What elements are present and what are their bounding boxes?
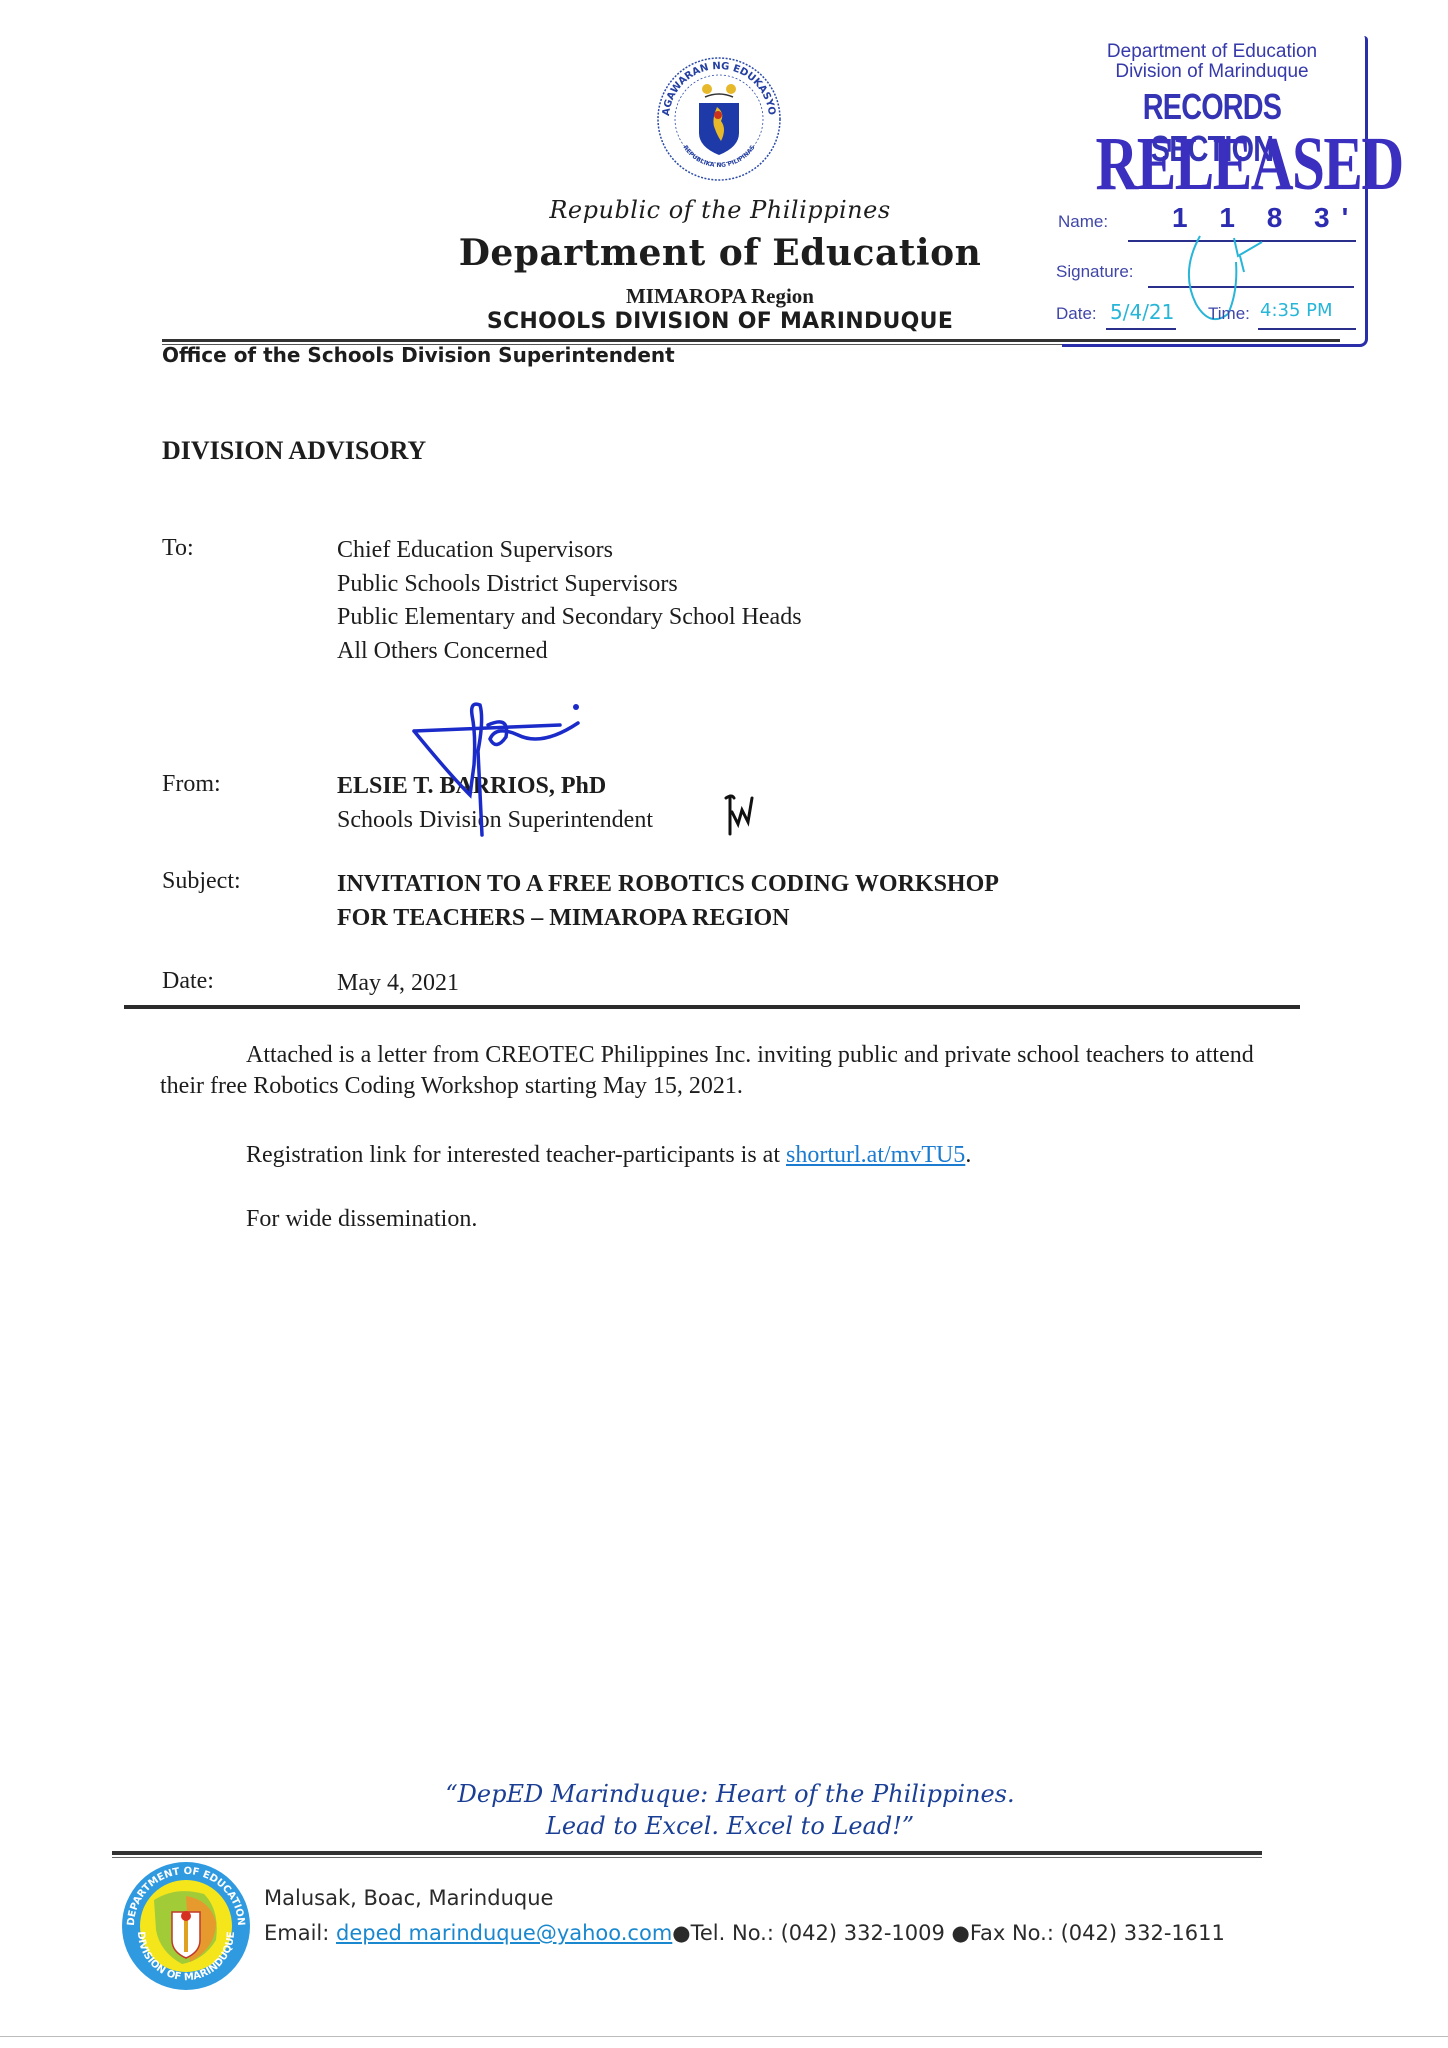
subject-block: INVITATION TO A FREE ROBOTICS CODING WOR…: [337, 868, 999, 935]
footer-address: Malusak, Boac, Marinduque: [264, 1886, 553, 1910]
stamp-date-line: [1106, 328, 1176, 330]
region-heading: MIMAROPA Region: [310, 284, 1130, 309]
memo-divider: [124, 1005, 1300, 1009]
stamp-name-label: Name:: [1058, 212, 1108, 232]
subject-line1: INVITATION TO A FREE ROBOTICS CODING WOR…: [337, 868, 999, 902]
registration-link[interactable]: shorturl.at/mvTU5: [786, 1142, 965, 1168]
date-value: May 4, 2021: [337, 967, 459, 1001]
stamp-time-line: [1258, 328, 1356, 330]
date-label: Date:: [162, 968, 214, 995]
stamp-org: Department of Education Division of Mari…: [1062, 42, 1362, 82]
stamp-time-label: Time:: [1208, 304, 1250, 324]
republic-heading: Republic of the Philippines: [310, 196, 1130, 224]
advisory-title: DIVISION ADVISORY: [162, 436, 426, 466]
office-heading: Office of the Schools Division Superinte…: [162, 343, 675, 367]
registration-text: Registration link for interested teacher…: [246, 1142, 786, 1168]
registration-period: .: [965, 1142, 971, 1168]
recipients-list: Chief Education Supervisors Public Schoo…: [337, 534, 802, 668]
stamp-line2: Division of Marinduque: [1062, 62, 1362, 82]
stamp-line1: Department of Education: [1062, 42, 1362, 62]
motto-line-1: “DepED Marinduque: Heart of the Philippi…: [300, 1780, 1160, 1808]
signature-icon: [400, 695, 600, 845]
body-paragraph-3: For wide dissemination.: [246, 1204, 1386, 1235]
subject-line2: FOR TEACHERS – MIMAROPA REGION: [337, 902, 999, 936]
stamp-date-label: Date:: [1056, 304, 1097, 324]
email-link[interactable]: deped marinduque@yahoo.com: [336, 1921, 672, 1945]
footer-divider: [112, 1851, 1262, 1855]
email-label: Email:: [264, 1921, 336, 1945]
tel-number: ●Tel. No.: (042) 332-1009: [672, 1921, 951, 1945]
stamp-signature-label: Signature:: [1056, 262, 1134, 282]
footer-contact: Email: deped marinduque@yahoo.com●Tel. N…: [264, 1921, 1225, 1945]
division-of-marinduque-logo-icon: DEPARTMENT OF EDUCATION DIVISION OF MARI…: [120, 1860, 252, 1992]
footer-divider-thin: [112, 1857, 1262, 1858]
stamp-time-value: 4:35 PM: [1260, 300, 1333, 321]
stamp-name-value: 1 1 8 3': [1172, 202, 1360, 234]
recipient-item: Public Schools District Supervisors: [337, 568, 802, 602]
body-paragraph-1: Attached is a letter from CREOTEC Philip…: [160, 1040, 1300, 1102]
stamp-status: RELEASED: [1096, 124, 1334, 204]
division-heading: SCHOOLS DIVISION OF MARINDUQUE: [310, 309, 1130, 334]
to-label: To:: [162, 535, 194, 562]
subject-label: Subject:: [162, 868, 241, 895]
recipient-item: Chief Education Supervisors: [337, 534, 802, 568]
page-bottom-edge: [0, 2036, 1448, 2037]
fax-number: ●Fax No.: (042) 332-1611: [952, 1921, 1225, 1945]
from-label: From:: [162, 771, 221, 798]
recipient-item: All Others Concerned: [337, 635, 802, 669]
stamp-date-value: 5/4/21: [1110, 300, 1174, 324]
department-heading: Department of Education: [310, 232, 1130, 274]
motto-line-2: Lead to Excel. Excel to Lead!”: [300, 1812, 1160, 1840]
initials-icon: [720, 790, 756, 840]
recipient-item: Public Elementary and Secondary School H…: [337, 601, 802, 635]
body-paragraph-2: Registration link for interested teacher…: [246, 1140, 1386, 1171]
records-released-stamp: Department of Education Division of Mari…: [1062, 36, 1368, 347]
deped-seal-icon: KAGAWARAN NG EDUKASYON REPUBLIKA NG PILI…: [655, 55, 783, 183]
